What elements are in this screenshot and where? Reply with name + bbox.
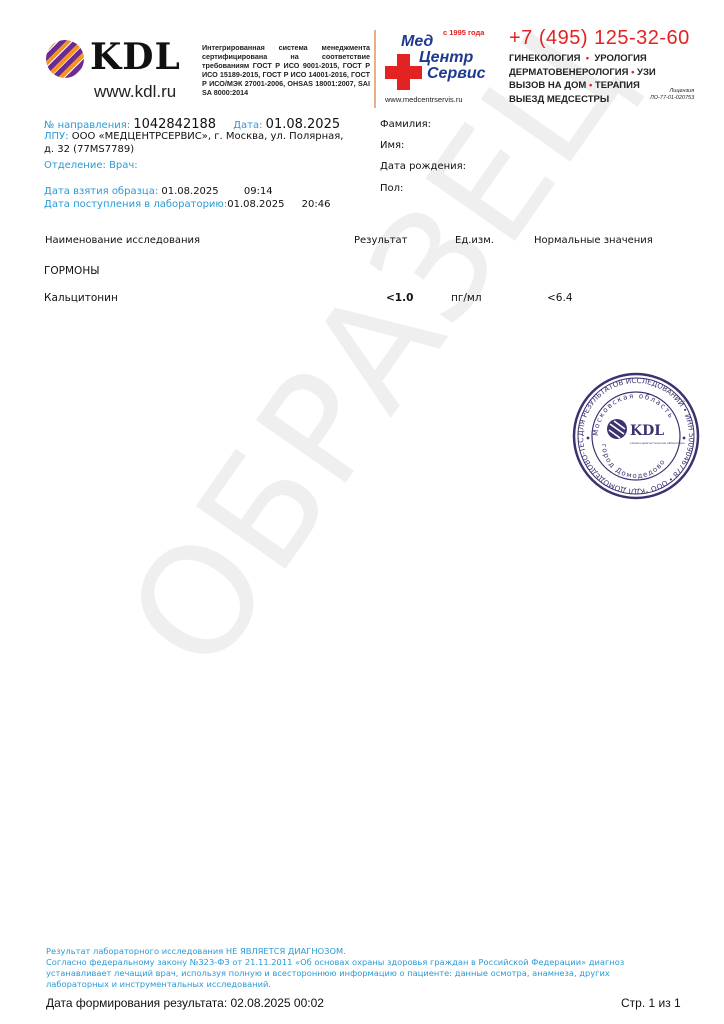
- lab-stamp: ДЛЯ РЕЗУЛЬТАТОВ ИССЛЕДОВАНИЙ • ИНН 50090…: [562, 372, 710, 500]
- logo-name-line3: Сервис: [427, 66, 486, 81]
- disclaimer-headline: Результат лабораторного исследования НЕ …: [46, 946, 666, 957]
- services-row: ДЕРМАТОВЕНЕРОЛОГИЯ • УЗИ: [509, 66, 656, 80]
- generated-date: Дата формирования результата: 02.08.2025…: [46, 996, 324, 1010]
- referral-date: 01.08.2025: [266, 117, 340, 132]
- received-time: 20:46: [302, 199, 331, 210]
- phone-number: +7 (495) 125-32-60: [509, 27, 690, 50]
- sample-time: 09:14: [244, 186, 273, 197]
- sex-label: Пол:: [380, 183, 403, 194]
- bullet-icon: •: [631, 67, 634, 78]
- test-name: Кальцитонин: [44, 292, 118, 304]
- received-line: Дата поступления в лабораторию:01.08.202…: [44, 199, 331, 210]
- kdl-url: www.kdl.ru: [94, 82, 176, 102]
- lpu-value: ООО «МЕДЦЕНТРСЕРВИС», г. Москва, ул. Пол…: [72, 131, 344, 142]
- header-divider: [374, 30, 376, 108]
- disclaimer: Результат лабораторного исследования НЕ …: [46, 946, 666, 990]
- svg-text:клинико-диагностические лабора: клинико-диагностические лаборатории: [630, 441, 685, 445]
- birthdate-label: Дата рождения:: [380, 161, 466, 172]
- test-reference: <6.4: [547, 292, 573, 304]
- sample-date-line: Дата взятия образца: 01.08.2025 09:14: [44, 186, 273, 197]
- stamp-seal-icon: ДЛЯ РЕЗУЛЬТАТОВ ИССЛЕДОВАНИЙ • ИНН 50090…: [562, 372, 710, 500]
- column-header-reference: Нормальные значения: [534, 235, 653, 246]
- surname-label: Фамилия:: [380, 119, 431, 130]
- name-label: Имя:: [380, 140, 404, 151]
- services-list: ГИНЕКОЛОГИЯ • УРОЛОГИЯ ДЕРМАТОВЕНЕРОЛОГИ…: [509, 52, 656, 106]
- referral-line: № направления: 1042842188 Дата: 01.08.20…: [44, 117, 340, 132]
- test-result: <1.0: [386, 292, 413, 304]
- bullet-icon: •: [586, 53, 589, 64]
- services-row: ВЫЗОВ НА ДОМ • ТЕРАПИЯ: [509, 79, 656, 93]
- bullet-icon: •: [589, 80, 592, 91]
- medcentrservis-logo: с 1995 года Мед Центр Сервис www.medcent…: [385, 28, 495, 106]
- test-unit: пг/мл: [451, 292, 482, 304]
- column-header-test: Наименование исследования: [45, 235, 200, 246]
- services-row: ГИНЕКОЛОГИЯ • УРОЛОГИЯ: [509, 52, 656, 66]
- services-row: ВЫЕЗД МЕДСЕСТРЫ: [509, 93, 656, 107]
- page-number: Стр. 1 из 1: [621, 996, 681, 1010]
- medcentr-url: www.medcentrservis.ru: [385, 95, 463, 104]
- referral-number: 1042842188: [133, 117, 216, 132]
- logo-name-line2: Центр: [419, 50, 473, 65]
- lpu-address: д. 32 (77MS7789): [44, 144, 134, 155]
- kdl-logo: KDL www.kdl.ru: [46, 38, 186, 100]
- disclaimer-body: Согласно федеральному закону №323-ФЗ от …: [46, 957, 666, 990]
- logo-name-line1: Мед: [401, 34, 433, 49]
- since-year: с 1995 года: [443, 28, 484, 37]
- table-row: Кальцитонин <1.0 пг/мл <6.4: [0, 292, 724, 308]
- certification-text: Интегрированная система менеджмента серт…: [202, 43, 370, 97]
- kdl-globe-icon: [46, 40, 84, 78]
- column-header-result: Результат: [354, 235, 407, 246]
- license: Лицензия ЛО-77-01-020753: [650, 88, 694, 102]
- sample-date: 01.08.2025: [161, 186, 218, 197]
- kdl-wordmark: KDL: [90, 36, 181, 78]
- svg-text:KDL: KDL: [630, 423, 664, 439]
- lpu-line: ЛПУ: ООО «МЕДЦЕНТРСЕРВИС», г. Москва, ул…: [44, 131, 343, 142]
- column-header-unit: Ед.изм.: [455, 235, 494, 246]
- generated-date-value: 02.08.2025 00:02: [231, 996, 324, 1010]
- medical-cross-icon-bar: [385, 66, 422, 79]
- department-line: Отделение: Врач:: [44, 160, 138, 171]
- group-title: ГОРМОНЫ: [44, 265, 99, 277]
- received-date: 01.08.2025: [227, 199, 284, 210]
